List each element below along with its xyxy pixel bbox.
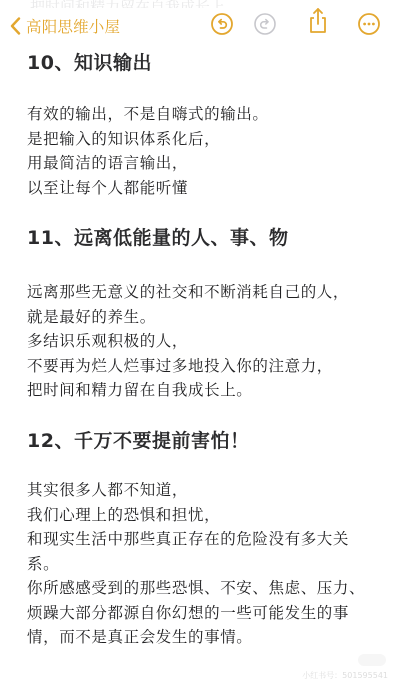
- text-line: 多结识乐观积极的人，: [27, 329, 377, 354]
- redo-icon: [253, 12, 277, 40]
- section-body: 有效的输出，不是自嗨式的输出。 是把输入的知识体系化后， 用最简洁的语言输出， …: [27, 102, 377, 200]
- section-heading: 12、千万不要提前害怕！: [27, 426, 249, 453]
- text-line: 以至让每个人都能听懂: [27, 176, 377, 201]
- ellipsis-circle-icon: [357, 12, 381, 40]
- text-line: 是把输入的知识体系化后，: [27, 127, 377, 152]
- undo-icon: [210, 12, 234, 40]
- text-line: 就是最好的养生。: [27, 305, 377, 330]
- text-line: 烦躁大部分都源自你幻想的一些可能发生的事: [27, 601, 377, 626]
- navigation-bar: 高阳思维小屋: [0, 8, 400, 44]
- text-line: 远离那些无意义的社交和不断消耗自己的人，: [27, 280, 377, 305]
- text-line: 有效的输出，不是自嗨式的输出。: [27, 102, 377, 127]
- text-line: 我们心理上的恐惧和担忧，: [27, 503, 377, 528]
- text-line: 你所感感受到的那些恐惧、不安、焦虑、压力、: [27, 576, 377, 601]
- text-line: 和现实生活中那些真正存在的危险没有多大关: [27, 527, 377, 552]
- more-button[interactable]: [356, 13, 382, 39]
- watermark-text: 小红书号：501595541: [302, 670, 388, 681]
- text-line: 把时间和精力留在自我成长上。: [27, 378, 377, 403]
- redo-button[interactable]: [252, 13, 278, 39]
- section-heading: 10、知识输出: [27, 48, 152, 75]
- back-label: 高阳思维小屋: [26, 15, 120, 37]
- back-button[interactable]: 高阳思维小屋: [10, 12, 120, 40]
- share-button[interactable]: [305, 10, 331, 36]
- section-heading: 11、远离低能量的人、事、物: [27, 223, 288, 250]
- text-line: 系。: [27, 552, 377, 577]
- text-line: 情，而不是真正会发生的事情。: [27, 625, 377, 650]
- section-body: 其实很多人都不知道， 我们心理上的恐惧和担忧， 和现实生活中那些真正存在的危险没…: [27, 478, 377, 650]
- scrolled-ghost-text: 把时间和精力留在自我成长上。: [30, 0, 240, 8]
- watermark-logo: [358, 654, 386, 666]
- share-icon: [307, 7, 329, 39]
- section-body: 远离那些无意义的社交和不断消耗自己的人， 就是最好的养生。 多结识乐观积极的人，…: [27, 280, 377, 403]
- chevron-left-icon: [10, 17, 21, 35]
- undo-button[interactable]: [209, 13, 235, 39]
- text-line: 不要再为烂人烂事过多地投入你的注意力，: [27, 354, 377, 379]
- text-line: 其实很多人都不知道，: [27, 478, 377, 503]
- text-line: 用最简洁的语言输出，: [27, 151, 377, 176]
